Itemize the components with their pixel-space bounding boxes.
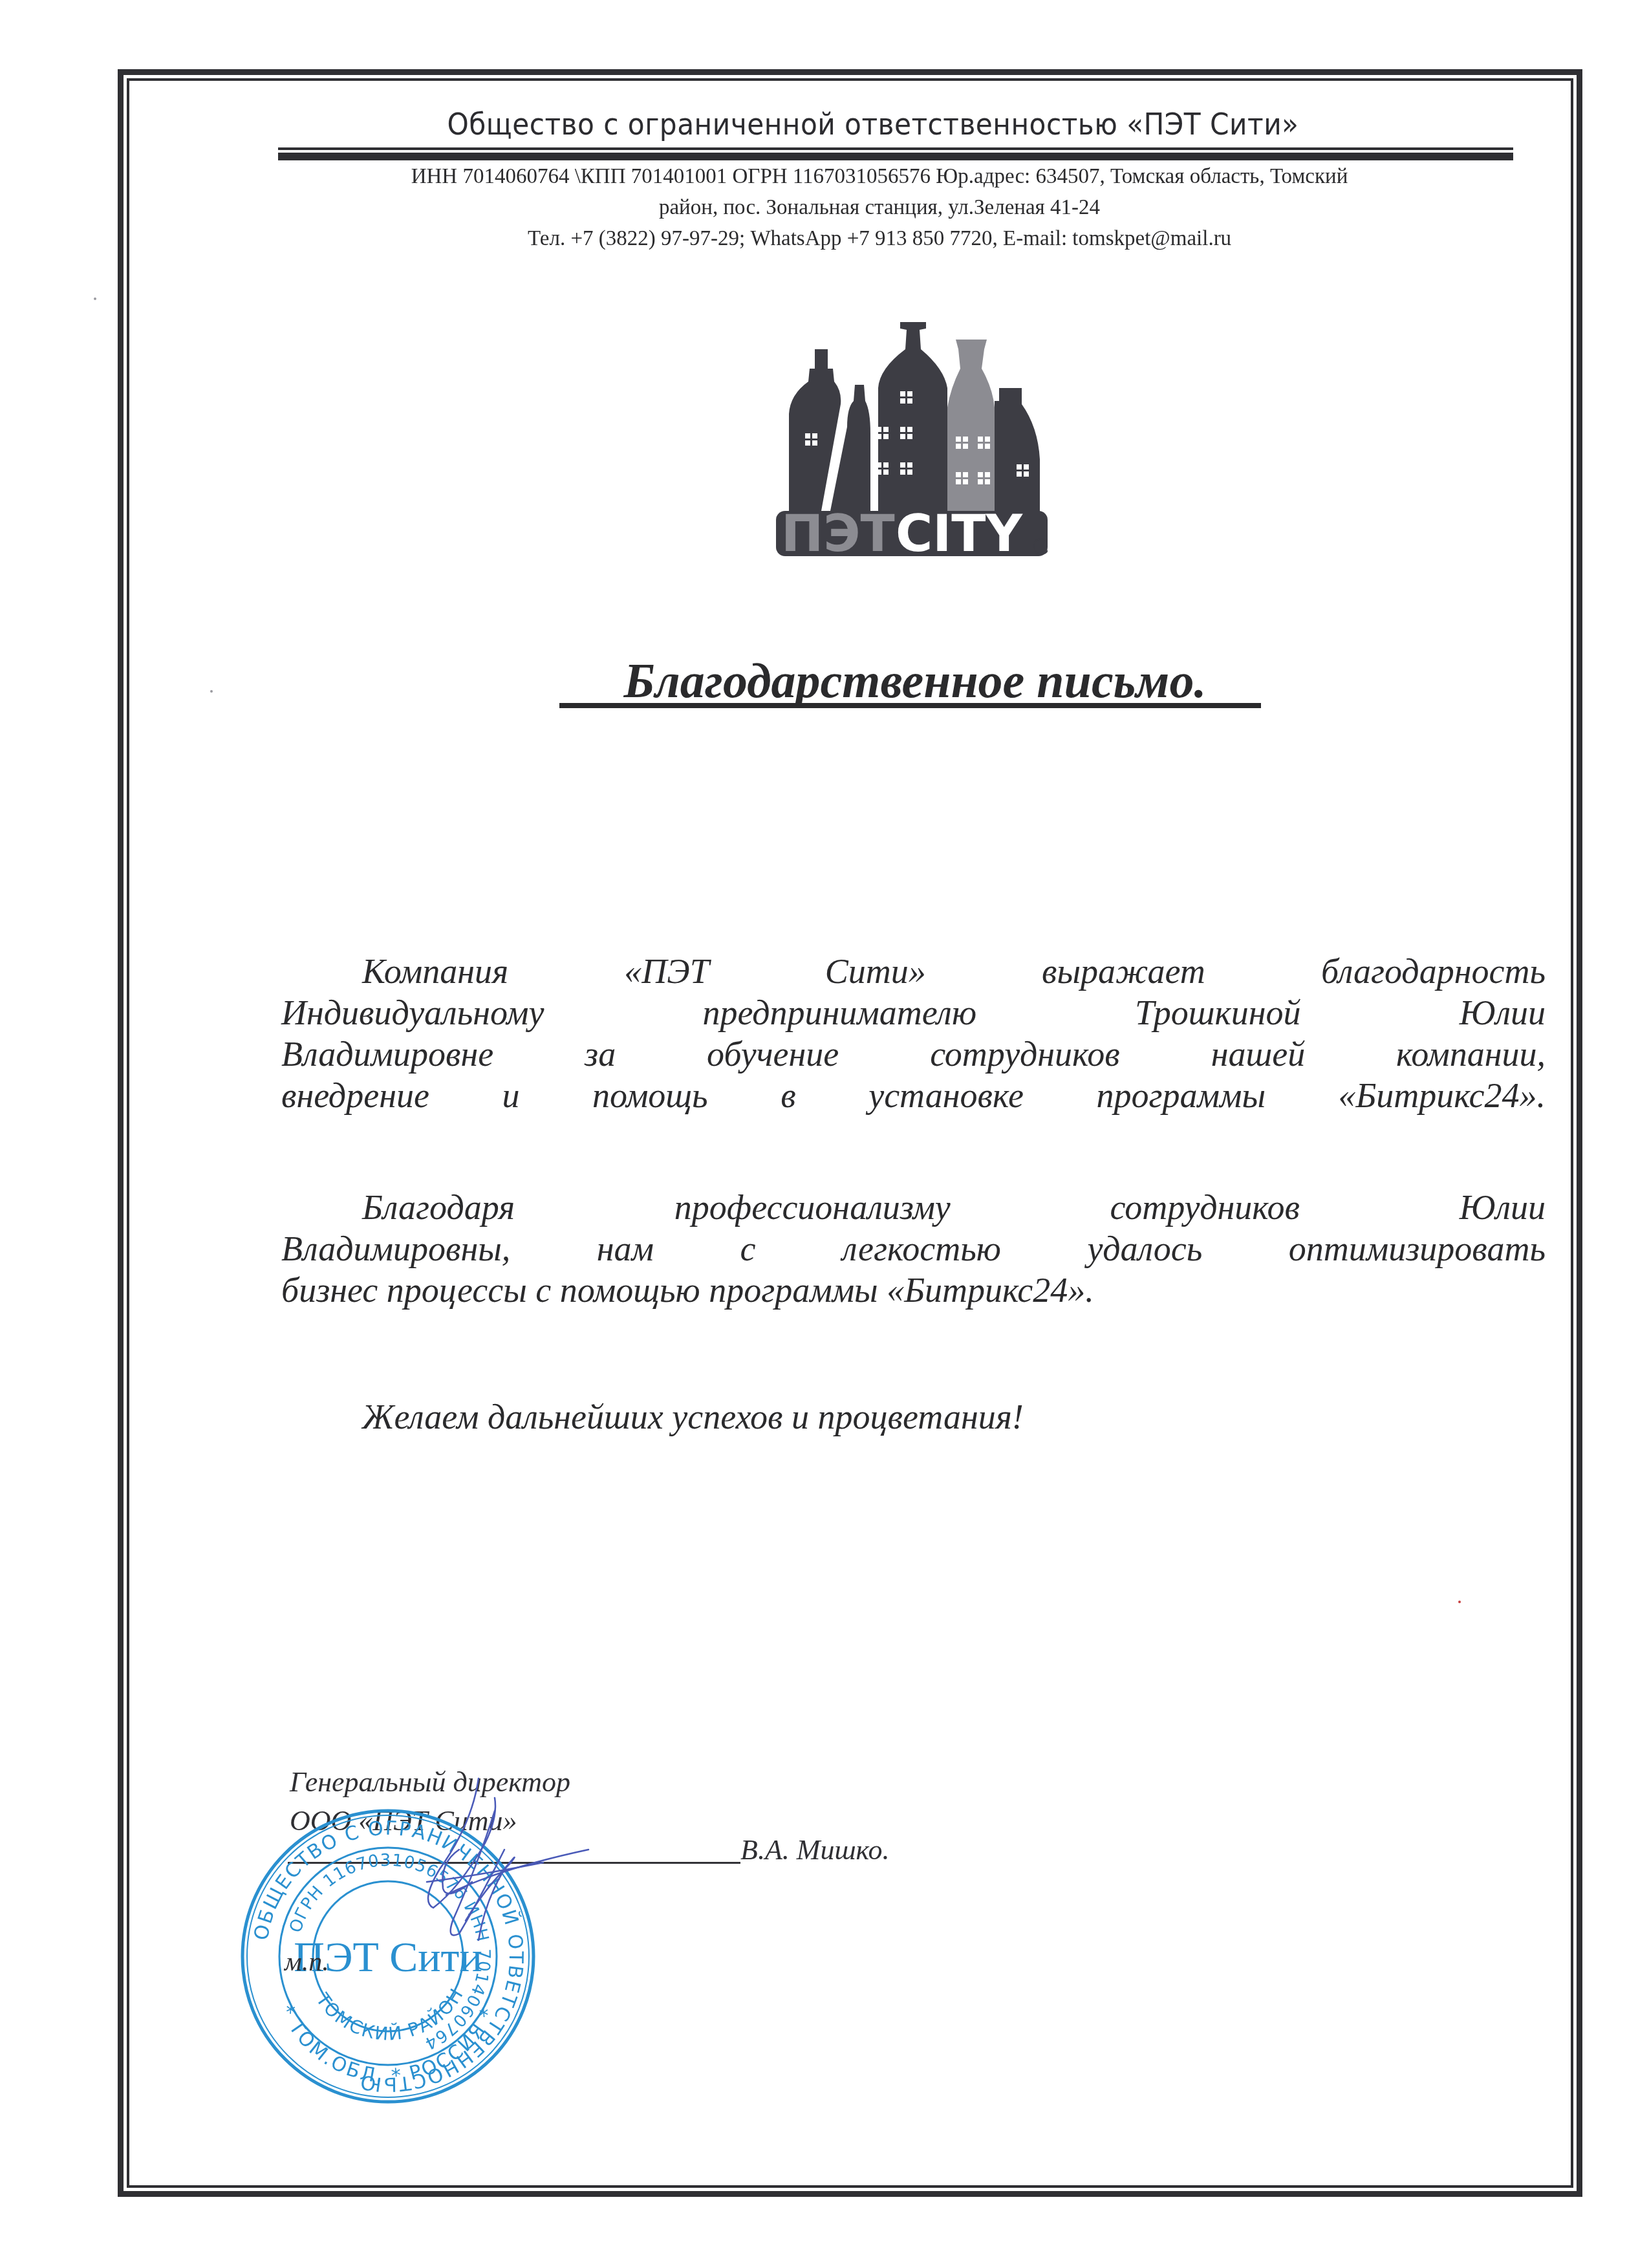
bottle-city-skyline-icon: ПЭТ CITY: [750, 297, 1048, 569]
paragraph-line: Индивидуальному предпринимателю Трошкино…: [281, 992, 1546, 1033]
paragraph-line: бизнес процессы с помощью программы «Бит…: [281, 1269, 1546, 1311]
paragraph-line: Владимировны, нам с легкостью удалось оп…: [281, 1228, 1546, 1269]
company-contacts-line: Тел. +7 (3822) 97-97-29; WhatsApp +7 913…: [259, 227, 1500, 251]
letter-title: Благодарственное письмо.: [556, 653, 1274, 709]
scan-speck: [210, 690, 213, 693]
header-rule-thick: [278, 153, 1513, 160]
seal-place-label: м.п.: [285, 1947, 329, 1978]
company-requisites-line1: ИНН 7014060764 \КПП 701401001 ОГРН 11670…: [259, 165, 1500, 189]
signature-scribble-icon: [382, 1772, 595, 1966]
paragraph-line: Компания «ПЭТ Сити» выражает благодарнос…: [281, 951, 1546, 992]
letter-paragraph-2: Благодаря профессионализму сотрудников Ю…: [281, 1187, 1546, 1311]
letter-title-underline: [559, 703, 1261, 708]
scan-speck: [94, 297, 96, 300]
letter-closing-wish: Желаем дальнейших успехов и процветания!: [362, 1397, 1024, 1437]
company-full-name: Общество с ограниченной ответственностью…: [308, 107, 1438, 142]
logo-text-pet: ПЭТ: [781, 505, 895, 563]
company-logo: ПЭТ CITY: [750, 297, 1048, 569]
logo-text-city: CITY: [896, 505, 1023, 563]
paragraph-line: Владимировне за обучение сотрудников наш…: [281, 1033, 1546, 1075]
handwritten-signature: [382, 1772, 595, 1966]
paragraph-line: внедрение и помощь в установке программы…: [281, 1075, 1546, 1116]
company-requisites-line2: район, пос. Зональная станция, ул.Зелена…: [259, 196, 1500, 220]
letter-paragraph-1: Компания «ПЭТ Сити» выражает благодарнос…: [281, 951, 1546, 1116]
header-rule-thin: [278, 147, 1513, 150]
signer-name: В.А. Мишко.: [740, 1833, 890, 1866]
scan-speck: [1458, 1601, 1461, 1603]
paragraph-line: Благодаря профессионализму сотрудников Ю…: [281, 1187, 1546, 1228]
